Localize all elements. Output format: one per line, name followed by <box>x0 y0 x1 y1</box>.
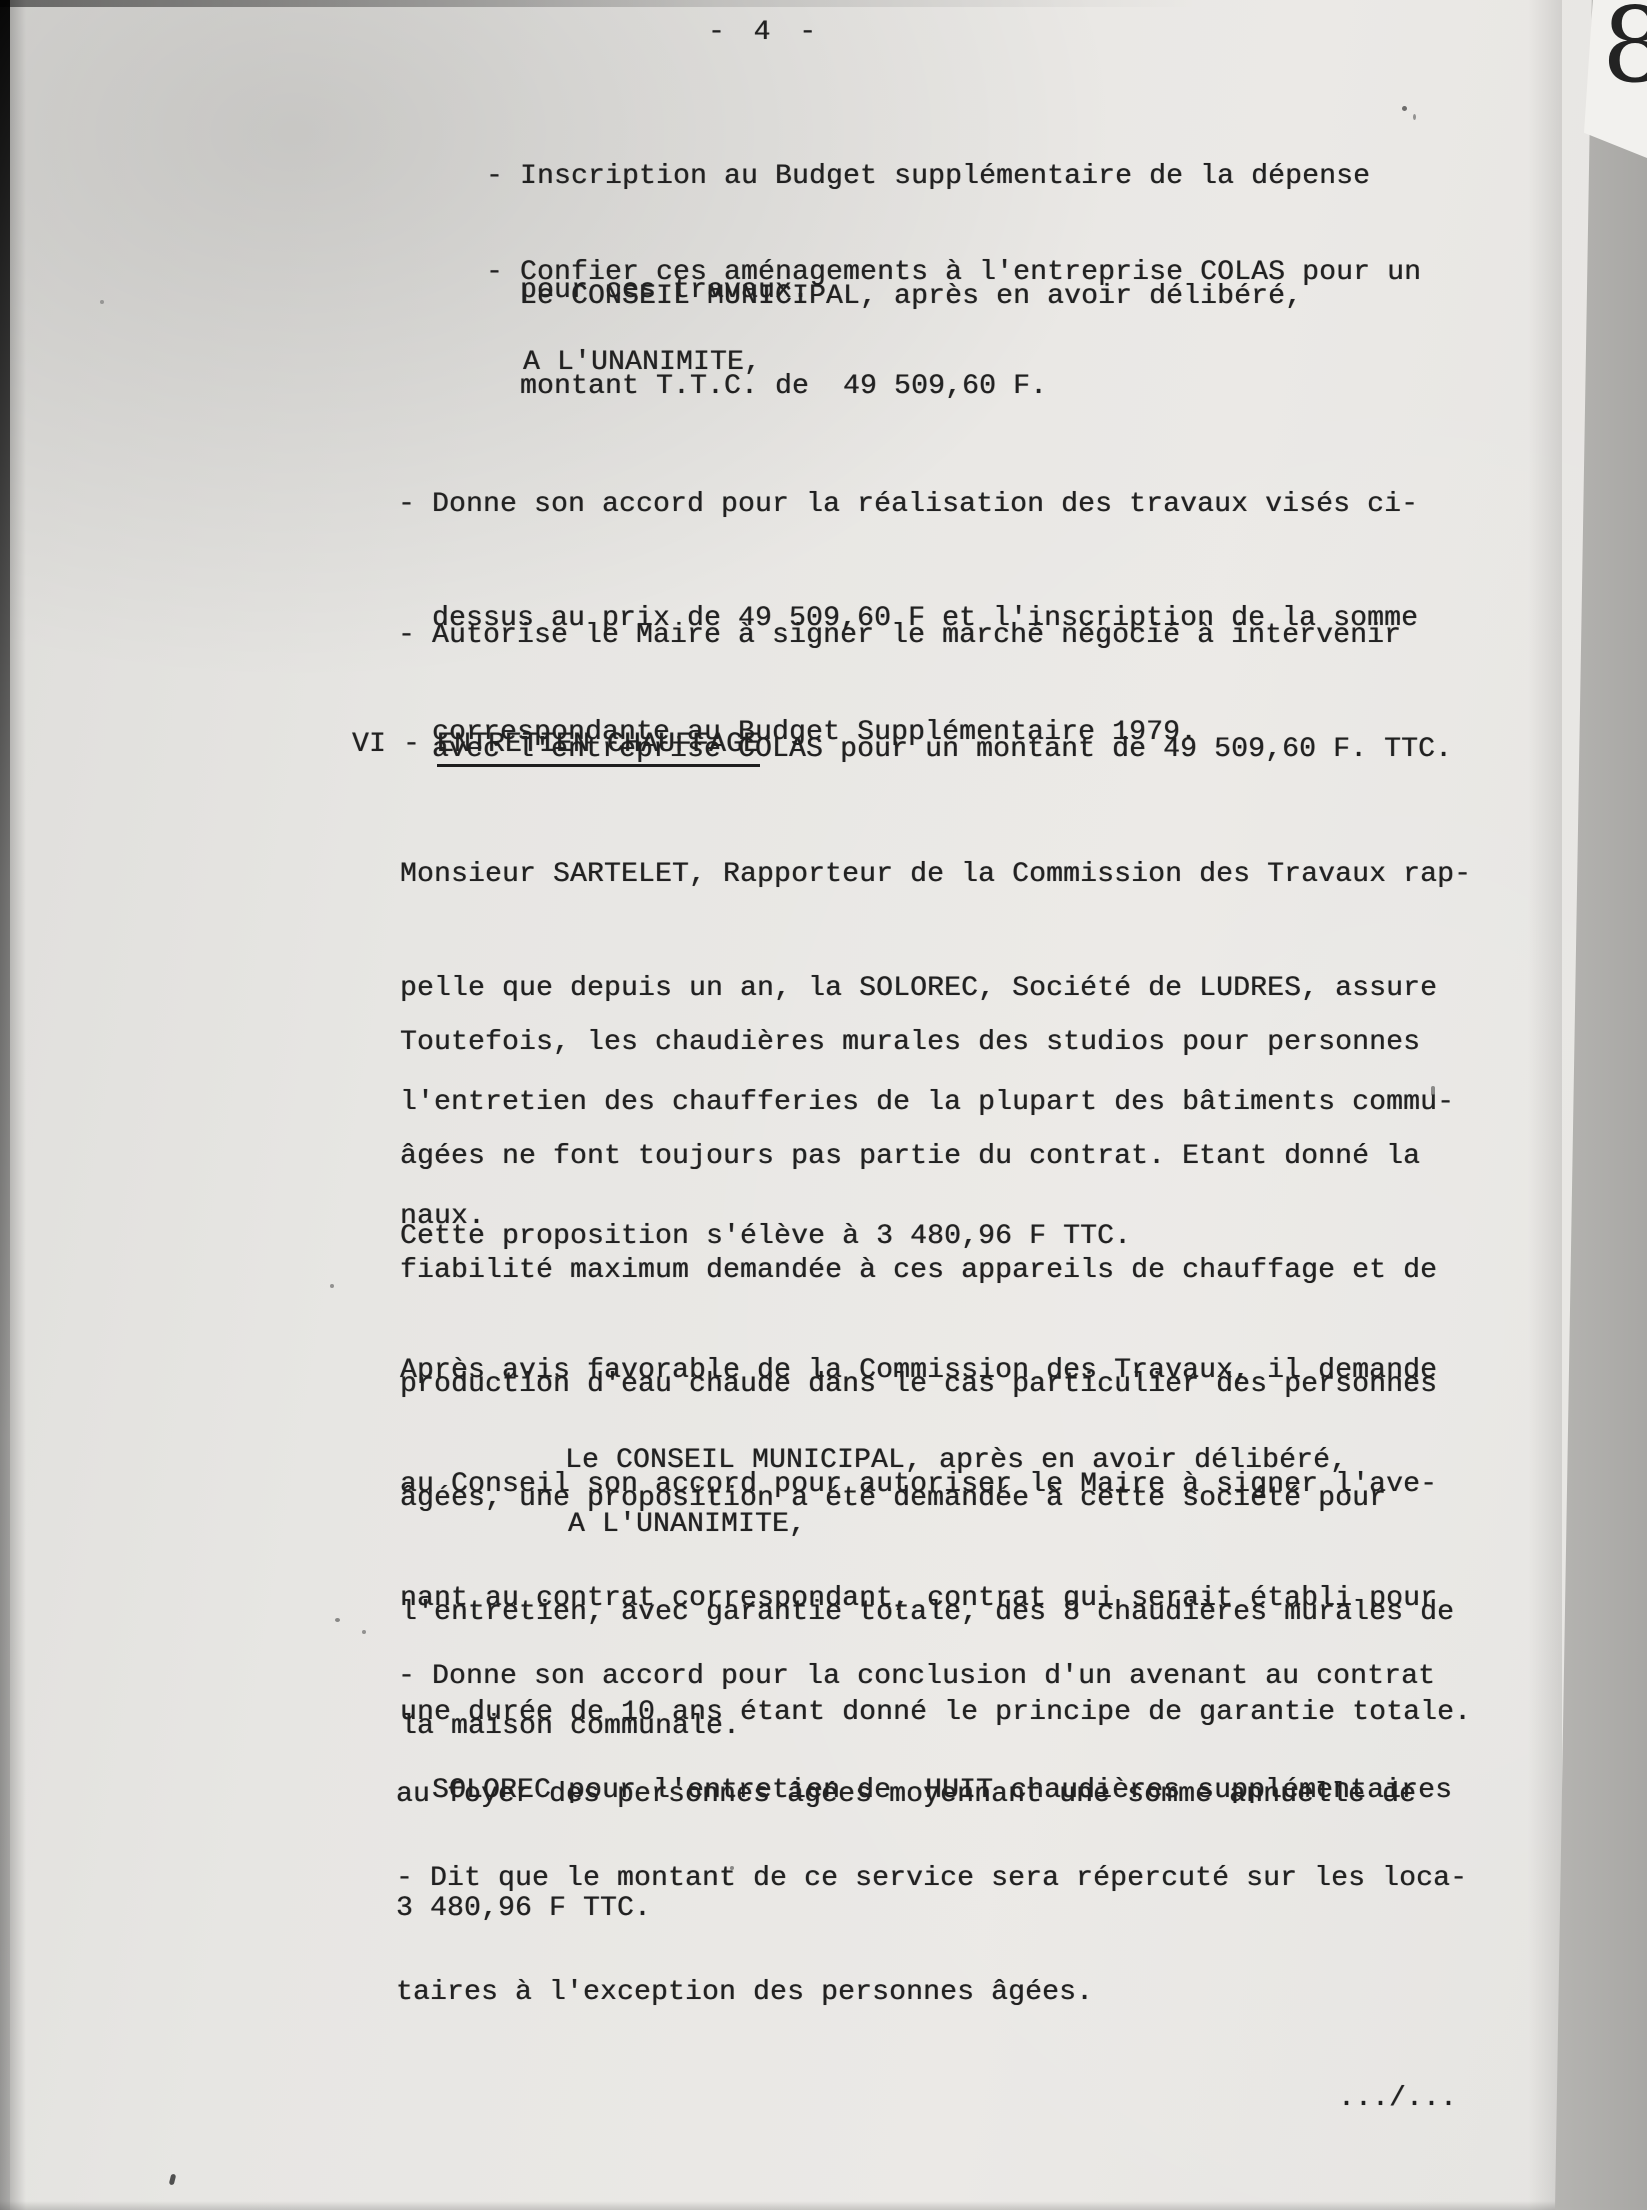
unanimity-line-2: A L'UNANIMITE, <box>568 1506 806 1544</box>
text-line: - Donne son accord pour la réalisation d… <box>398 486 1418 524</box>
ink-speck <box>730 1866 734 1870</box>
scanned-council-minutes-page: { "page": { "number_label": "- 4 -", "fo… <box>0 0 1647 2210</box>
text-line: taires à l'exception des personnes âgées… <box>396 1974 1467 2012</box>
text-line: - Dit que le montant de ce service sera … <box>396 1860 1467 1898</box>
ink-speck <box>1402 106 1407 111</box>
council-deliberation-line-2: Le CONSEIL MUNICIPAL, après en avoir dél… <box>565 1442 1347 1480</box>
page-number: - 4 - <box>708 14 822 52</box>
text-line: Toutefois, les chaudières murales des st… <box>400 1024 1454 1062</box>
scan-left-edge <box>0 0 10 2210</box>
scan-right-edge <box>1555 0 1647 2210</box>
text-line: Après avis favorable de la Commission de… <box>400 1352 1471 1390</box>
line-proposition-montant: Cette proposition s'élève à 3 480,96 F T… <box>400 1218 1131 1256</box>
council-deliberation-line-1: Le CONSEIL MUNICIPAL, après en avoir dél… <box>520 278 1302 316</box>
ink-speck <box>330 1284 334 1288</box>
folio-number: 8 <box>1602 0 1647 106</box>
scan-top-edge <box>0 0 1200 7</box>
ink-speck <box>1431 1086 1435 1096</box>
text-line: - Autorise le Maire à signer le marché n… <box>398 617 1452 655</box>
ink-speck <box>100 300 104 304</box>
text-line: Monsieur SARTELET, Rapporteur de la Comm… <box>400 856 1471 894</box>
section-title: ENTRETIEN CHAUFFAGE <box>437 729 760 767</box>
bullet-autorise-maire: - Autorise le Maire à signer le marché n… <box>398 541 1452 807</box>
ink-speck-comma <box>169 2174 177 2186</box>
ink-speck <box>1413 114 1416 120</box>
text-line: âgées ne font toujours pas partie du con… <box>400 1138 1454 1176</box>
text-line: - Donne son accord pour la conclusion d'… <box>398 1658 1452 1696</box>
continuation-mark: .../... <box>1338 2080 1457 2118</box>
bullet-dit-repercute: - Dit que le montant de ce service sera … <box>396 1784 1467 2050</box>
ink-speck <box>335 1618 340 1622</box>
section-numeral: VI - <box>352 729 437 760</box>
ink-speck <box>362 1630 366 1634</box>
unanimity-line-1: A L'UNANIMITE, <box>523 344 761 382</box>
section-heading-entretien-chauffage: VI - ENTRETIEN CHAUFFAGE <box>318 688 760 764</box>
scan-bottom-edge <box>0 2201 1560 2210</box>
scan-right-edge-shadow <box>1528 0 1562 2210</box>
